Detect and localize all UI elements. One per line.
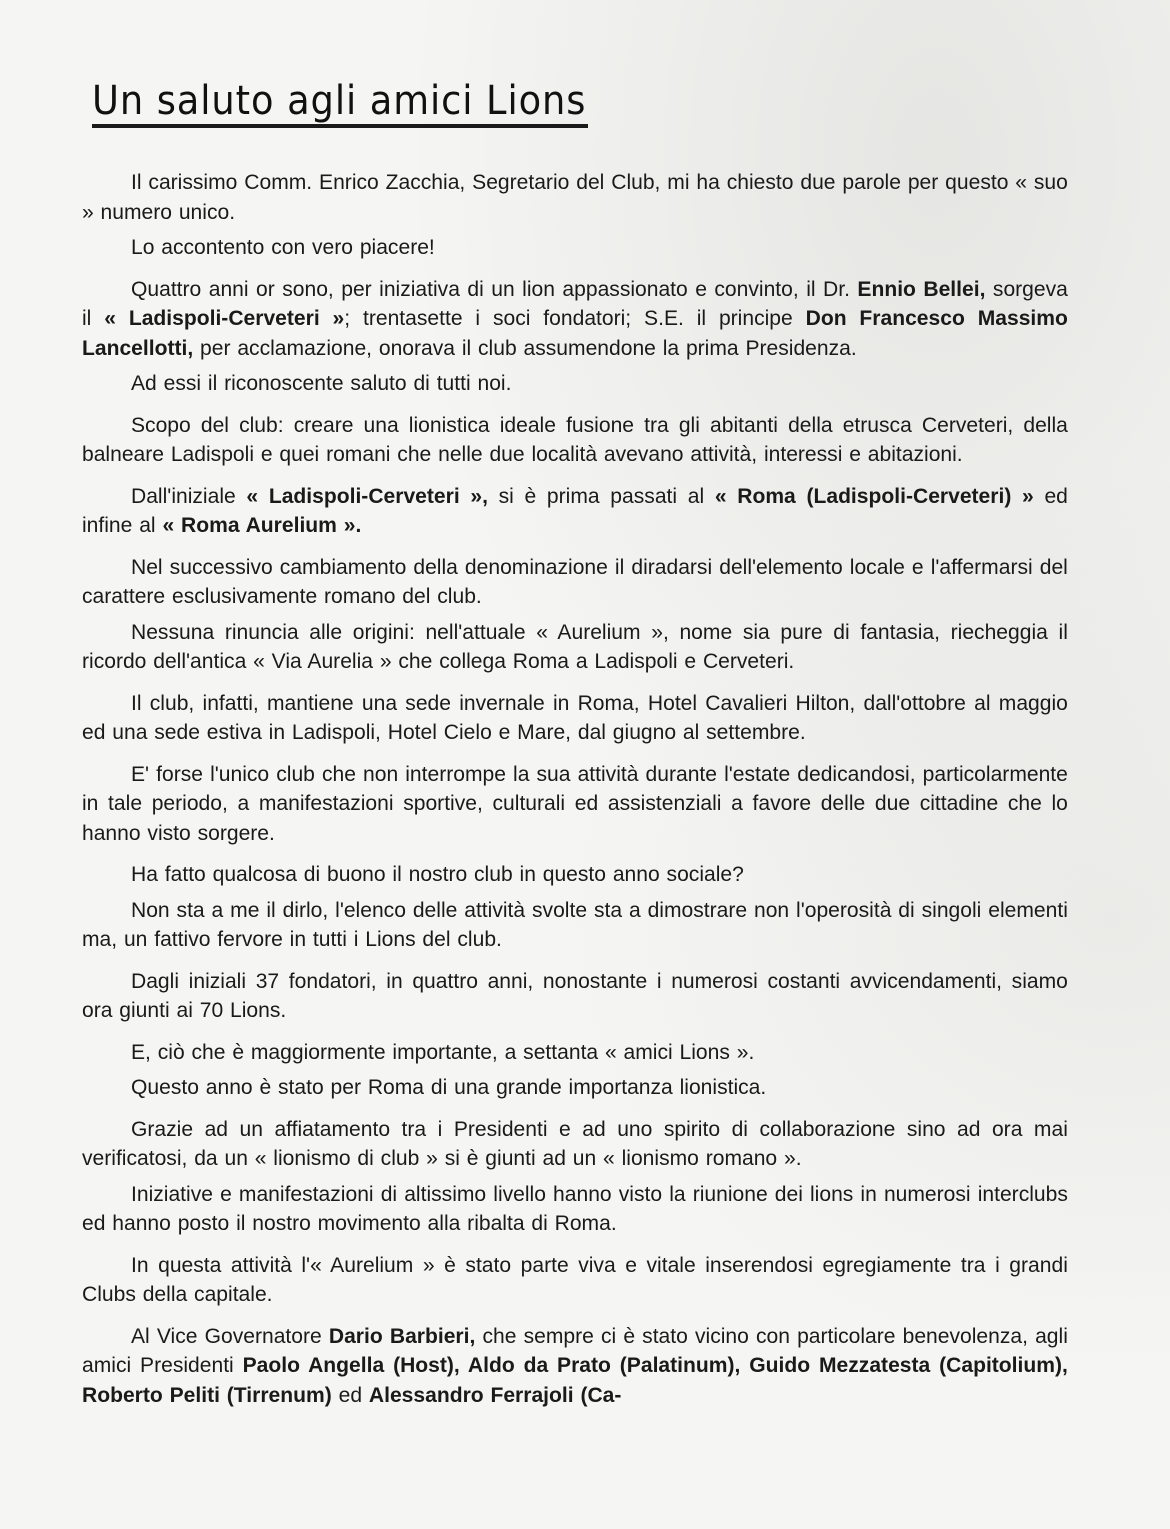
text-run: Grazie ad un affiatamento tra i Presiden…: [82, 1117, 1068, 1171]
text-run: Lo accontento con vero piacere!: [131, 235, 435, 259]
paragraph-7: Nel successivo cambiamento della denomin…: [82, 553, 1068, 612]
text-run: In questa attività l'« Aurelium » è stat…: [82, 1253, 1068, 1307]
bold-text-run: « Roma Aurelium ».: [162, 513, 361, 537]
text-run: Il carissimo Comm. Enrico Zacchia, Segre…: [82, 170, 1068, 224]
bold-text-run: Alessandro Ferrajoli (Ca-: [369, 1383, 622, 1407]
article-title: Un saluto agli amici Lions: [92, 78, 586, 124]
paragraph-13: Dagli iniziali 37 fondatori, in quattro …: [82, 967, 1068, 1026]
text-run: Nel successivo cambiamento della denomin…: [82, 555, 1068, 609]
text-run: Quattro anni or sono, per iniziativa di …: [131, 277, 857, 301]
text-run: Ad essi il riconoscente saluto di tutti …: [131, 371, 511, 395]
paragraph-8: Nessuna rinuncia alle origini: nell'attu…: [82, 618, 1068, 677]
bold-text-run: Ennio Bellei,: [857, 277, 985, 301]
text-run: Dagli iniziali 37 fondatori, in quattro …: [82, 969, 1068, 1023]
paragraph-19: Al Vice Governatore Dario Barbieri, che …: [82, 1322, 1068, 1411]
paragraph-9: Il club, infatti, mantiene una sede inve…: [82, 689, 1068, 748]
text-run: Dall'iniziale: [131, 484, 246, 508]
article-body: Il carissimo Comm. Enrico Zacchia, Segre…: [82, 168, 1088, 1410]
text-run: Questo anno è stato per Roma di una gran…: [131, 1075, 766, 1099]
scanned-page: Un saluto agli amici Lions Il carissimo …: [0, 0, 1170, 1529]
text-run: per acclamazione, onorava il club assume…: [193, 336, 857, 360]
paragraph-16: Grazie ad un affiatamento tra i Presiden…: [82, 1115, 1068, 1174]
text-run: ; trentasette i soci fondatori; S.E. il …: [344, 306, 805, 330]
paragraph-17: Iniziative e manifestazioni di altissimo…: [82, 1180, 1068, 1239]
paragraph-3: Quattro anni or sono, per iniziativa di …: [82, 275, 1068, 364]
paragraph-18: In questa attività l'« Aurelium » è stat…: [82, 1251, 1068, 1310]
text-run: E' forse l'unico club che non interrompe…: [82, 762, 1068, 845]
paragraph-1: Il carissimo Comm. Enrico Zacchia, Segre…: [82, 168, 1068, 227]
paragraph-12: Non sta a me il dirlo, l'elenco delle at…: [82, 896, 1068, 955]
paragraph-15: Questo anno è stato per Roma di una gran…: [82, 1073, 1068, 1103]
bold-text-run: « Ladispoli-Cerveteri »,: [246, 484, 488, 508]
paragraph-4: Ad essi il riconoscente saluto di tutti …: [82, 369, 1068, 399]
paragraph-14: E, ciò che è maggiormente importante, a …: [82, 1038, 1068, 1068]
bold-text-run: « Ladispoli-Cerveteri »: [104, 306, 344, 330]
paragraph-10: E' forse l'unico club che non interrompe…: [82, 760, 1068, 849]
text-run: Iniziative e manifestazioni di altissimo…: [82, 1182, 1068, 1236]
text-run: Non sta a me il dirlo, l'elenco delle at…: [82, 898, 1068, 952]
paragraph-2: Lo accontento con vero piacere!: [82, 233, 1068, 263]
text-run: Nessuna rinuncia alle origini: nell'attu…: [82, 620, 1068, 674]
text-run: si è prima passati al: [488, 484, 715, 508]
paragraph-11: Ha fatto qualcosa di buono il nostro clu…: [82, 860, 1068, 890]
text-run: Al Vice Governatore: [131, 1324, 329, 1348]
paragraph-6: Dall'iniziale « Ladispoli-Cerveteri », s…: [82, 482, 1068, 541]
bold-text-run: « Roma (Ladispoli-Cerveteri) »: [715, 484, 1034, 508]
title-underline: [92, 124, 588, 128]
text-run: E, ciò che è maggiormente importante, a …: [131, 1040, 754, 1064]
bold-text-run: Dario Barbieri,: [329, 1324, 475, 1348]
text-run: ed: [332, 1383, 369, 1407]
text-run: Il club, infatti, mantiene una sede inve…: [82, 691, 1068, 745]
text-run: Scopo del club: creare una lionistica id…: [82, 413, 1068, 467]
paragraph-5: Scopo del club: creare una lionistica id…: [82, 411, 1068, 470]
text-run: Ha fatto qualcosa di buono il nostro clu…: [131, 862, 744, 886]
